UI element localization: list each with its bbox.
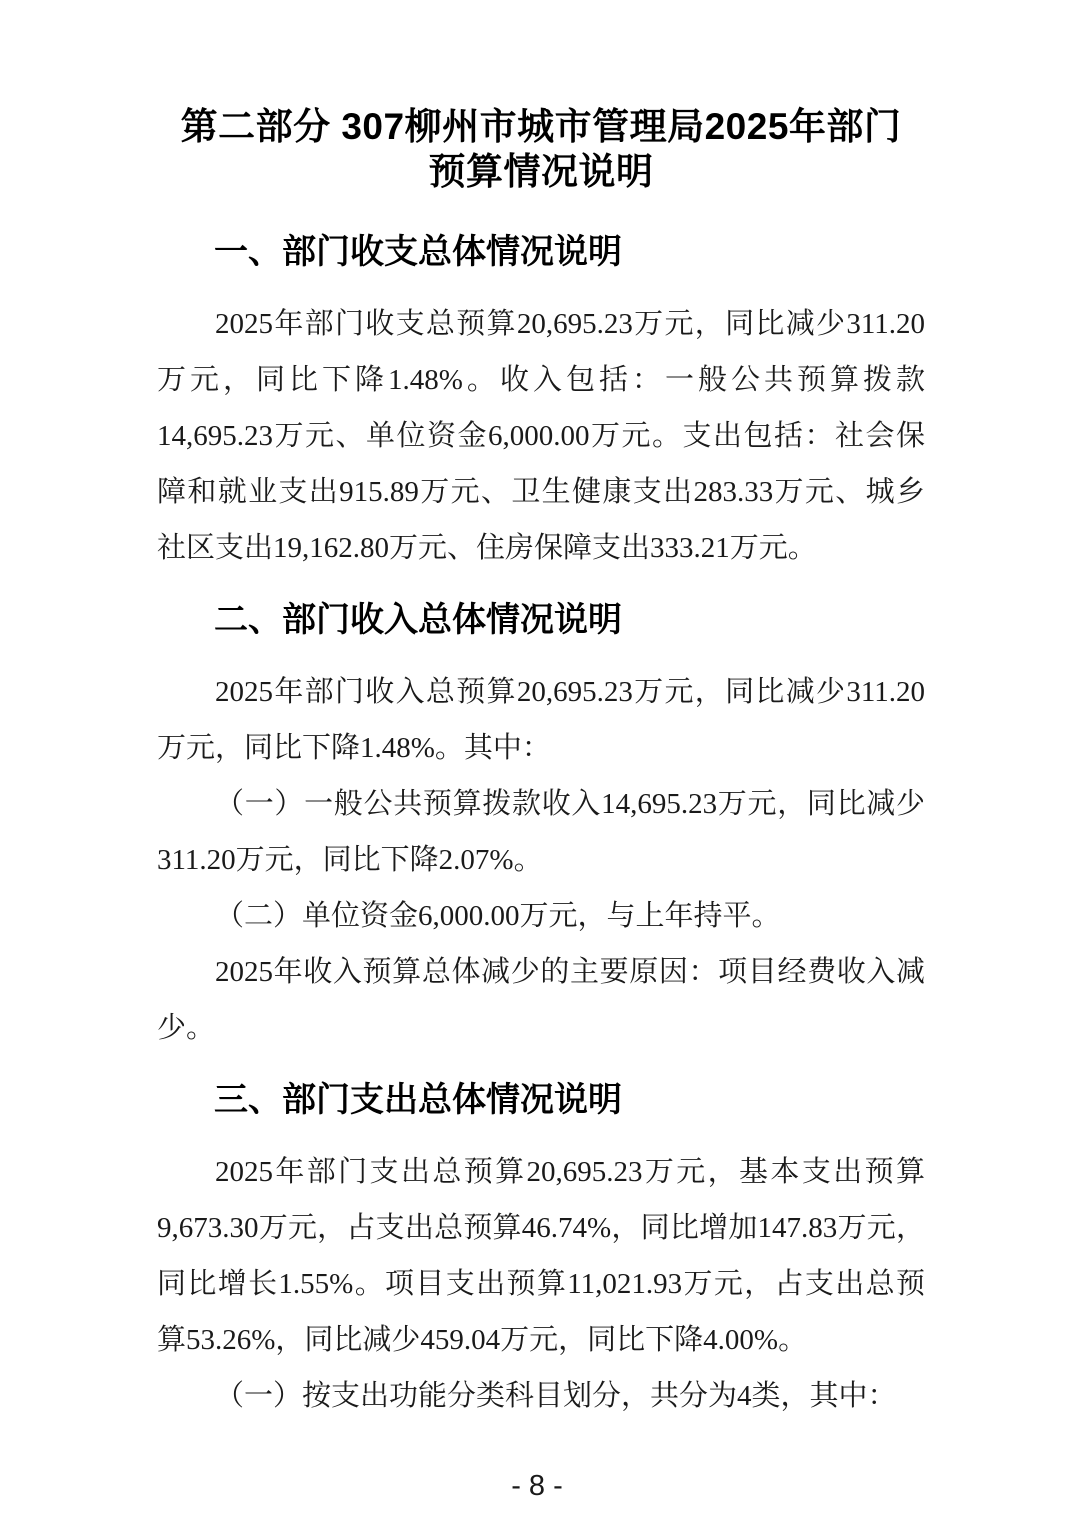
section-heading: 三、部门支出总体情况说明 xyxy=(157,1078,925,1122)
paragraph: 2025年部门支出总预算20,695.23万元，基本支出预算9,673.30万元… xyxy=(157,1144,925,1368)
section-expenditure-overview: 三、部门支出总体情况说明 2025年部门支出总预算20,695.23万元，基本支… xyxy=(157,1078,925,1424)
document-title: 第二部分 307柳州市城市管理局2025年部门 预算情况说明 xyxy=(157,0,925,194)
page-number: - 8 - xyxy=(0,1468,1074,1504)
paragraph: 2025年部门收支总预算20,695.23万元，同比减少311.20万元，同比下… xyxy=(157,296,925,576)
paragraph: 2025年部门收入总预算20,695.23万元，同比减少311.20万元，同比下… xyxy=(157,664,925,776)
section-heading: 一、部门收支总体情况说明 xyxy=(157,230,925,274)
section-income-expenditure-overview: 一、部门收支总体情况说明 2025年部门收支总预算20,695.23万元，同比减… xyxy=(157,230,925,576)
paragraph: 2025年收入预算总体减少的主要原因：项目经费收入减少。 xyxy=(157,944,925,1056)
document-title-line2: 预算情况说明 xyxy=(157,149,925,194)
document-title-line1: 第二部分 307柳州市城市管理局2025年部门 xyxy=(157,104,925,149)
paragraph: （一）一般公共预算拨款收入14,695.23万元，同比减少311.20万元，同比… xyxy=(157,776,925,888)
section-heading: 二、部门收入总体情况说明 xyxy=(157,598,925,642)
section-income-overview: 二、部门收入总体情况说明 2025年部门收入总预算20,695.23万元，同比减… xyxy=(157,598,925,1056)
document-page: 第二部分 307柳州市城市管理局2025年部门 预算情况说明 一、部门收支总体情… xyxy=(0,0,1074,1520)
paragraph: （二）单位资金6,000.00万元，与上年持平。 xyxy=(157,888,925,944)
document-content: 第二部分 307柳州市城市管理局2025年部门 预算情况说明 一、部门收支总体情… xyxy=(0,0,1074,1424)
paragraph: （一）按支出功能分类科目划分，共分为4类，其中： xyxy=(157,1368,925,1424)
